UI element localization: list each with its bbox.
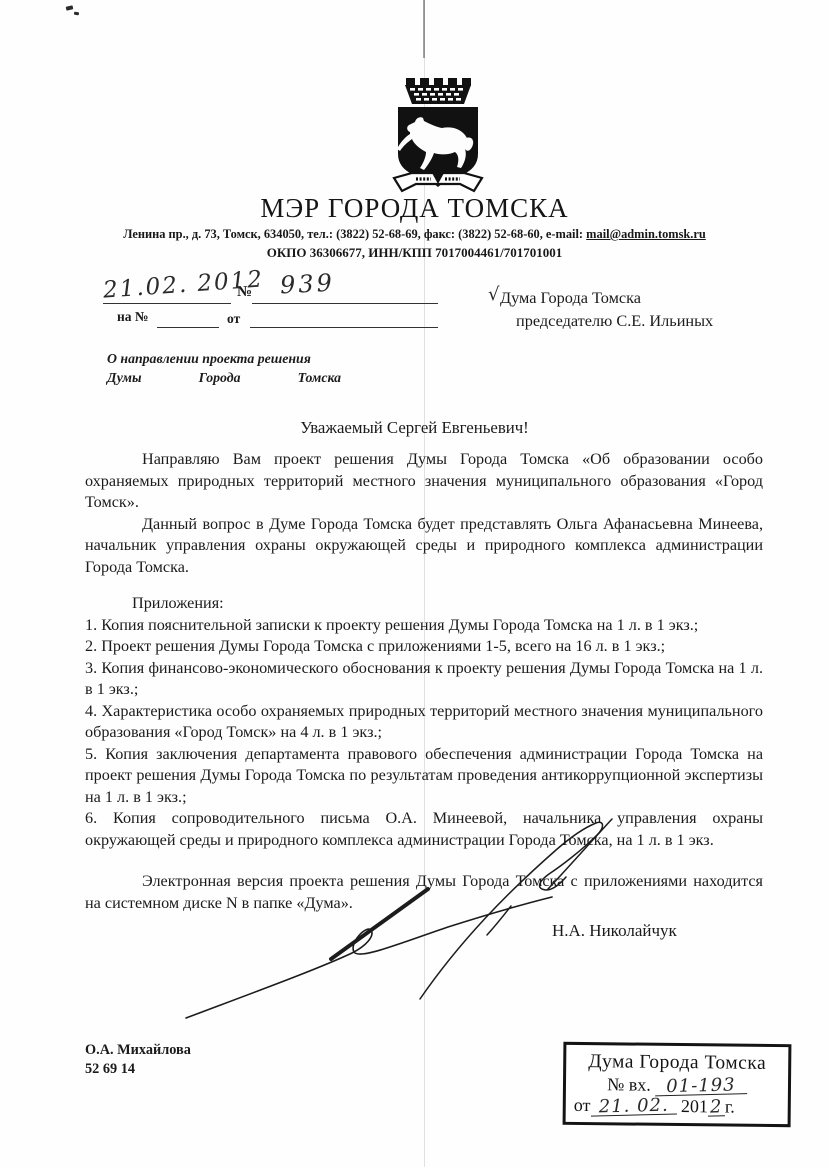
attachment-item: 5. Копия заключения департамента правово… bbox=[85, 744, 763, 809]
stamp-no-label: № вх. bbox=[607, 1074, 651, 1094]
number-sign: № bbox=[237, 284, 252, 301]
stamp-year-suffix: г. bbox=[725, 1097, 735, 1117]
stamp-no-value-handwritten: 01-193 bbox=[655, 1077, 747, 1096]
org-name: МЭР ГОРОДА ТОМСКА bbox=[0, 193, 829, 224]
attachment-item: 1. Копия пояснительной записки к проекту… bbox=[85, 615, 763, 637]
reference-block: 21.02. 2012 № 939 на № от bbox=[85, 276, 415, 336]
executor-block: О.А. Михайлова 52 69 14 bbox=[85, 1041, 191, 1079]
outgoing-number-handwritten: 939 bbox=[279, 269, 335, 300]
executor-phone: 52 69 14 bbox=[85, 1060, 191, 1079]
crown-icon bbox=[405, 78, 471, 104]
contact-line: Ленина пр., д. 73, Томск, 634050, тел.: … bbox=[0, 227, 829, 242]
attachment-item: 4. Характеристика особо охраняемых приро… bbox=[85, 701, 763, 744]
attachment-item: 3. Копия финансово-экономического обосно… bbox=[85, 658, 763, 701]
stray-pen-mark bbox=[64, 5, 82, 17]
subject-line2: Думы Города Томска bbox=[107, 368, 341, 387]
letter-body: Направляю Вам проект решения Думы Города… bbox=[85, 449, 763, 914]
recipient-block: √ Дума Города Томска председателю С.Е. И… bbox=[500, 286, 713, 332]
paragraph: Направляю Вам проект решения Думы Города… bbox=[85, 449, 763, 514]
recipient-person: председателю С.Е. Ильиных bbox=[516, 309, 713, 332]
scanned-letter-page: МЭР ГОРОДА ТОМСКА Ленина пр., д. 73, Том… bbox=[0, 0, 829, 1167]
salutation: Уважаемый Сергей Евгеньевич! bbox=[0, 418, 829, 438]
stamp-org-name: Дума Города Томска bbox=[574, 1051, 780, 1075]
recipient-org: Дума Города Томска bbox=[500, 286, 713, 309]
stamp-date-handwritten: 21. 02. bbox=[590, 1097, 676, 1116]
motto-ribbon-icon bbox=[394, 173, 482, 191]
executor-name: О.А. Михайлова bbox=[85, 1041, 191, 1060]
stamp-year-digit-handwritten: 2 bbox=[708, 1099, 725, 1116]
attachments-title: Приложения: bbox=[85, 593, 763, 615]
ot-underline bbox=[250, 327, 438, 328]
signer-name: Н.А. Николайчук bbox=[552, 921, 677, 941]
ot-label: от bbox=[227, 311, 240, 327]
na-no-label: на № bbox=[117, 309, 148, 325]
tomsk-coat-of-arms-icon bbox=[386, 74, 490, 196]
registration-codes: ОКПО 36306677, ИНН/КПП 7017004461/701701… bbox=[0, 245, 829, 261]
paragraph: Электронная версия проекта решения Думы … bbox=[85, 871, 763, 914]
paragraph: Данный вопрос в Думе Города Томска будет… bbox=[85, 514, 763, 579]
address-text: Ленина пр., д. 73, Томск, 634050, тел.: … bbox=[123, 227, 586, 241]
date-underline bbox=[103, 303, 231, 304]
attachment-item: 6. Копия сопроводительного письма О.А. М… bbox=[85, 808, 763, 851]
stamp-ot-label: от bbox=[574, 1095, 591, 1115]
attachment-item: 2. Проект решения Думы Города Томска с п… bbox=[85, 636, 763, 658]
email-text: mail@admin.tomsk.ru bbox=[586, 227, 706, 241]
stamp-year-printed: 201 bbox=[681, 1096, 708, 1116]
na-no-underline bbox=[157, 327, 219, 328]
checkmark-icon: √ bbox=[488, 283, 499, 306]
number-underline bbox=[252, 303, 438, 304]
subject-line1: О направлении проекта решения bbox=[107, 349, 341, 368]
incoming-stamp: Дума Города Томска № вх.01-193 от21. 02.… bbox=[563, 1042, 792, 1127]
subject-block: О направлении проекта решения Думы Город… bbox=[107, 349, 341, 387]
